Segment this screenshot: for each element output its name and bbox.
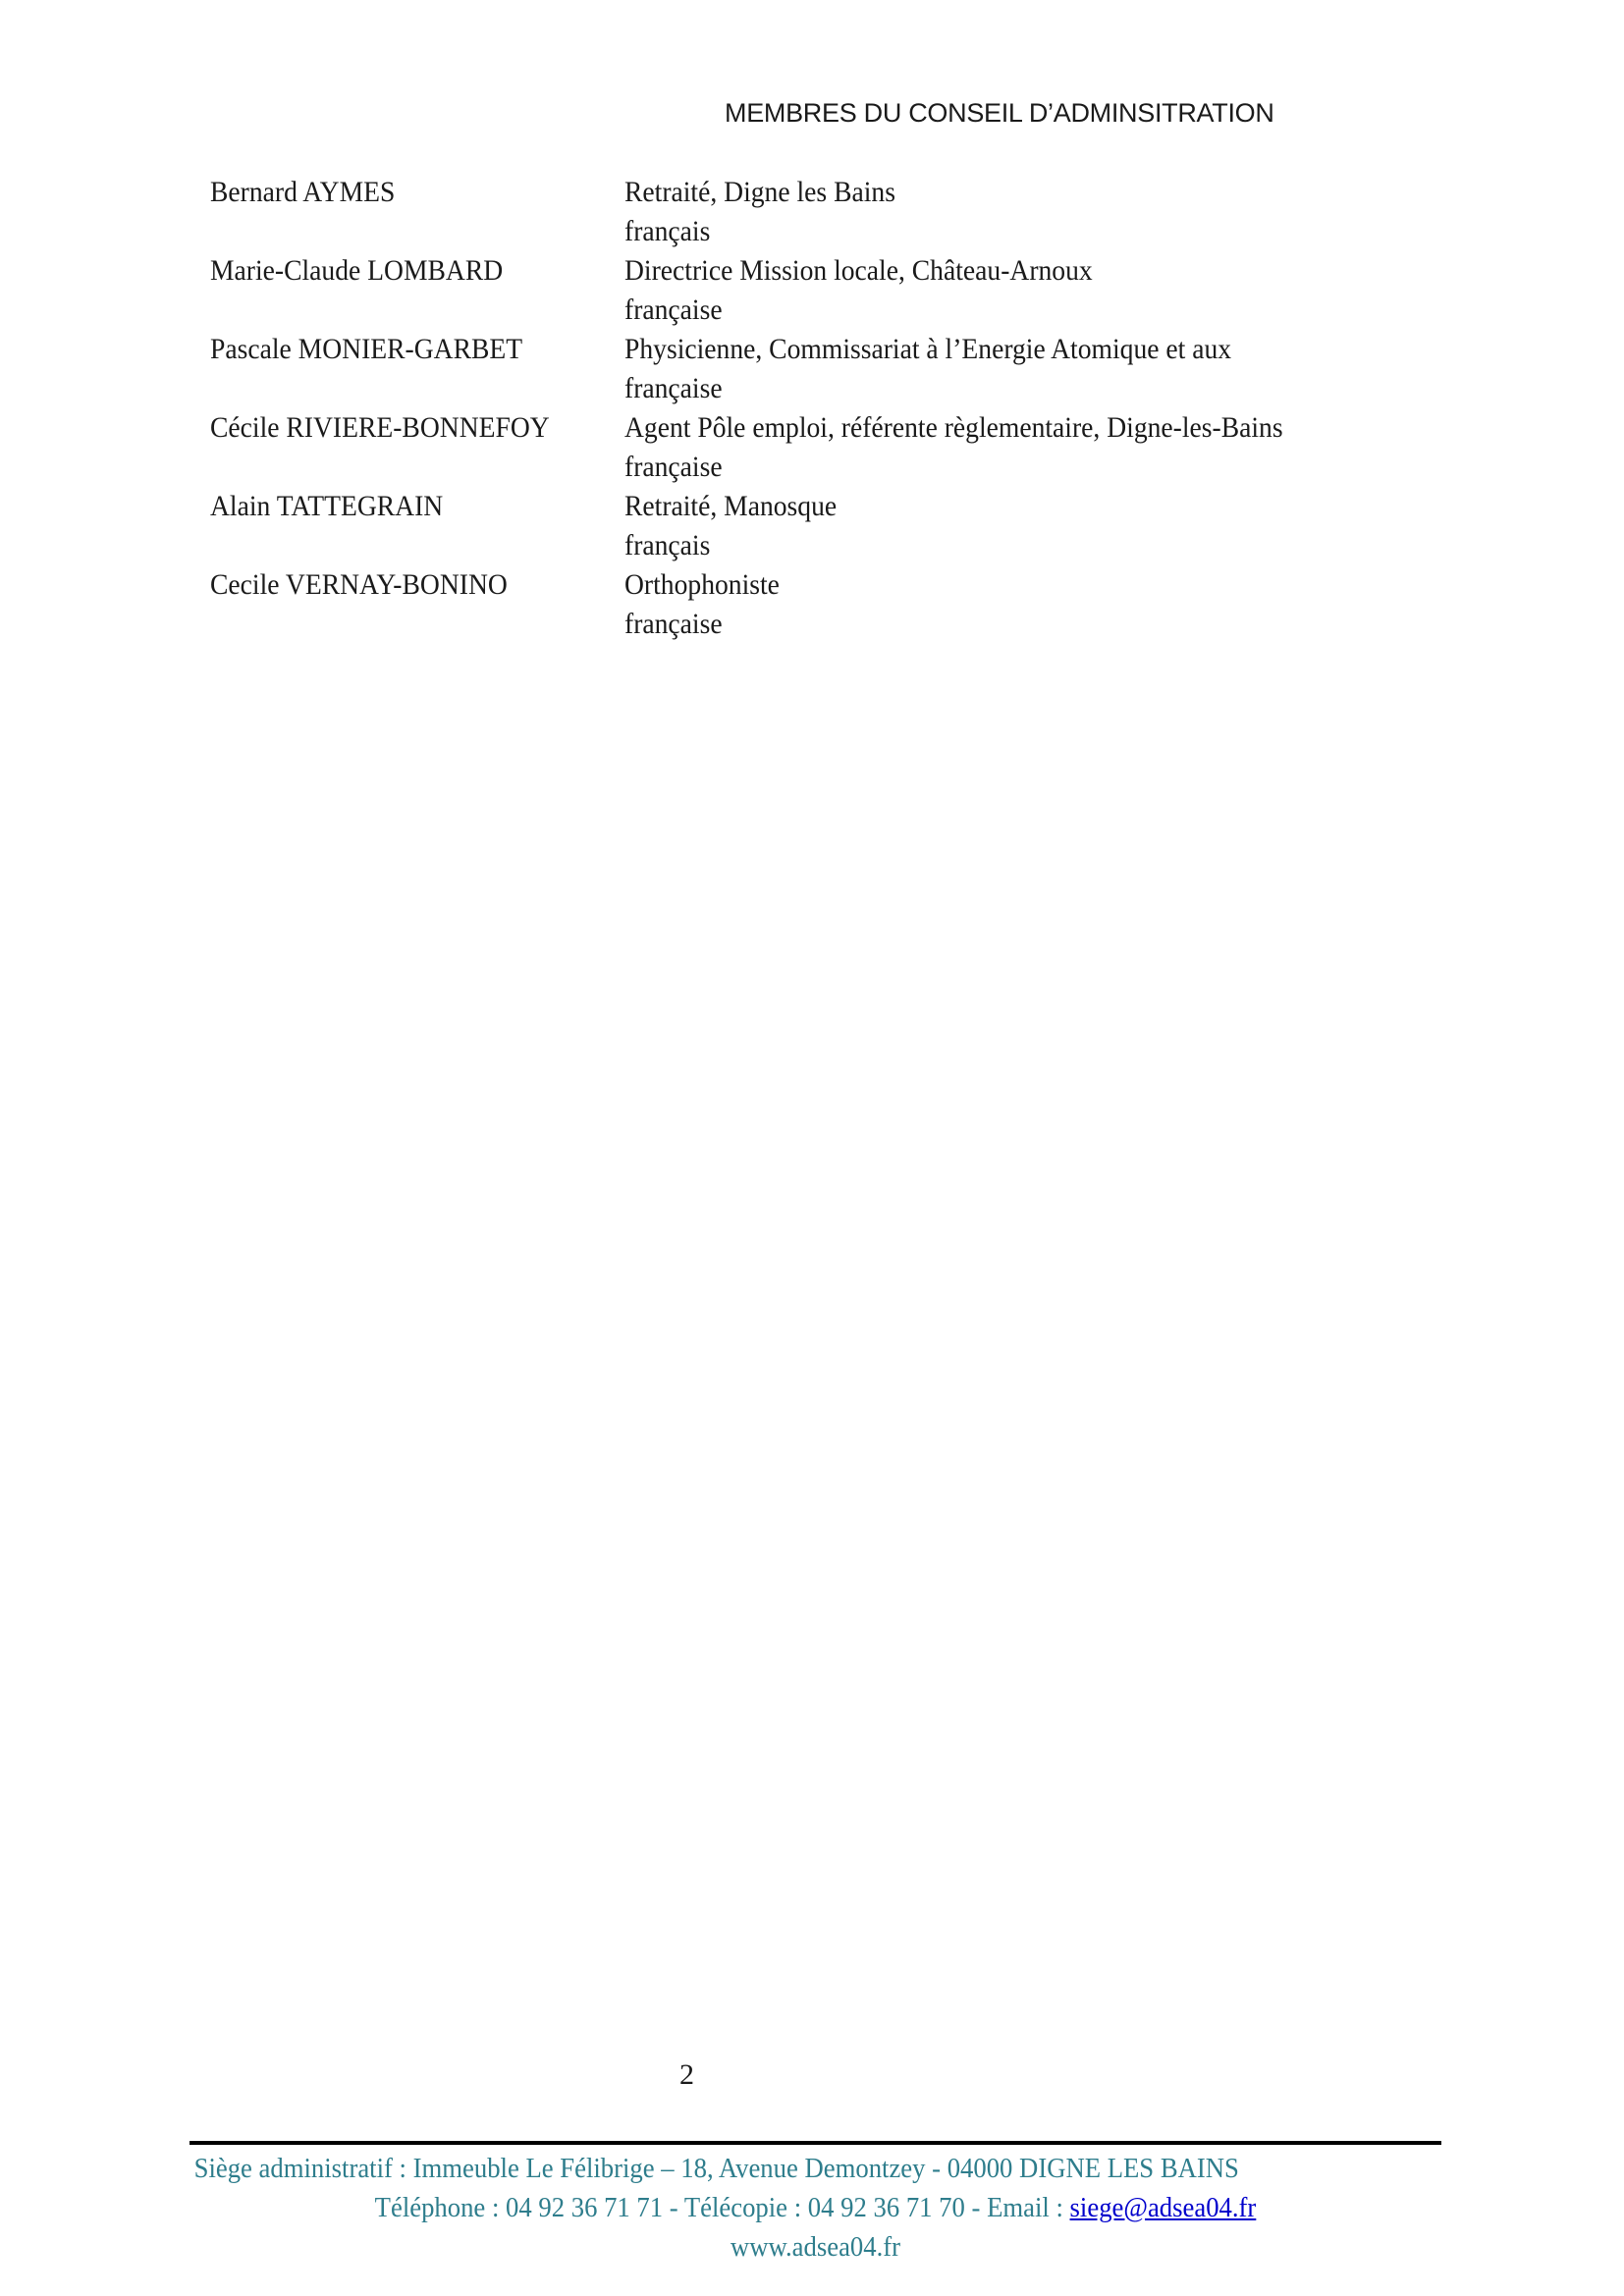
member-nationality: français [624, 212, 895, 251]
member-info: Directrice Mission locale, Château-Arnou… [624, 251, 1133, 330]
member-nationality: française [624, 291, 1093, 330]
footer: Siège administratif : Immeuble Le Félibr… [189, 2149, 1441, 2267]
member-role: Directrice Mission locale, Château-Arnou… [624, 251, 1093, 291]
footer-email-link[interactable]: siege@adsea04.fr [1070, 2192, 1257, 2223]
page-header-title: MEMBRES DU CONSEIL D’ADMINSITRATION [725, 98, 1274, 129]
page-number: 2 [679, 2058, 694, 2092]
member-nationality: française [624, 448, 1283, 487]
member-nationality: française [624, 369, 1231, 408]
member-info: Retraité, Manosque français [624, 487, 855, 565]
member-info: Physicienne, Commissariat à l’Energie At… [624, 330, 1284, 408]
member-nationality: français [624, 526, 837, 565]
footer-contact: Téléphone : 04 92 36 71 71 - Télécopie :… [240, 2188, 1391, 2227]
member-info: Retraité, Digne les Bains français [624, 173, 919, 251]
member-row: Alain TATTEGRAIN Retraité, Manosque fran… [210, 487, 1487, 565]
footer-address: Siège administratif : Immeuble Le Félibr… [189, 2149, 1341, 2188]
footer-website[interactable]: www.adsea04.fr [240, 2227, 1391, 2267]
member-info: Orthophoniste française [624, 565, 793, 644]
member-role: Orthophoniste [624, 565, 780, 605]
member-row: Bernard AYMES Retraité, Digne les Bains … [210, 173, 1487, 251]
member-row: Cecile VERNAY-BONINO Orthophoniste franç… [210, 565, 1487, 644]
member-name: Bernard AYMES [210, 173, 591, 212]
member-row: Pascale MONIER-GARBET Physicienne, Commi… [210, 330, 1487, 408]
footer-divider [189, 2141, 1441, 2145]
member-name: Cecile VERNAY-BONINO [210, 565, 591, 605]
member-nationality: française [624, 605, 780, 644]
board-members-list: Bernard AYMES Retraité, Digne les Bains … [210, 173, 1487, 644]
footer-phone-fax: Téléphone : 04 92 36 71 71 - Télécopie :… [375, 2192, 1070, 2223]
member-name: Pascale MONIER-GARBET [210, 330, 591, 369]
member-name: Marie-Claude LOMBARD [210, 251, 591, 291]
member-row: Cécile RIVIERE-BONNEFOY Agent Pôle emplo… [210, 408, 1487, 487]
member-row: Marie-Claude LOMBARD Directrice Mission … [210, 251, 1487, 330]
member-info: Agent Pôle emploi, référente règlementai… [624, 408, 1340, 487]
member-role: Retraité, Digne les Bains [624, 173, 895, 212]
member-role: Retraité, Manosque [624, 487, 837, 526]
member-name: Alain TATTEGRAIN [210, 487, 591, 526]
member-name: Cécile RIVIERE-BONNEFOY [210, 408, 591, 448]
member-role: Agent Pôle emploi, référente règlementai… [624, 408, 1283, 448]
member-role: Physicienne, Commissariat à l’Energie At… [624, 330, 1231, 369]
